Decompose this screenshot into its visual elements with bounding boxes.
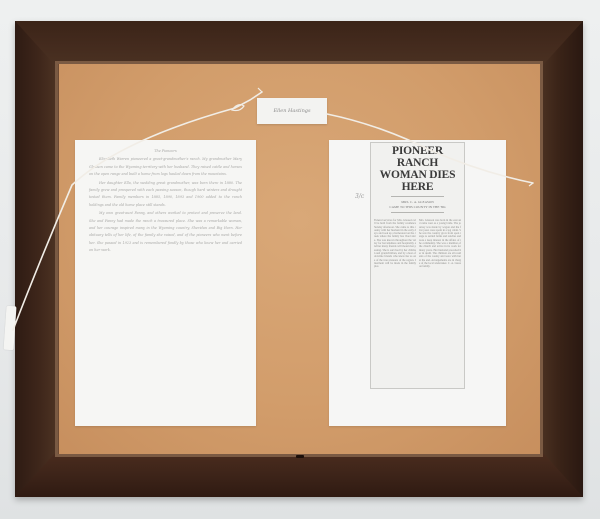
label-text: Ellen Hastings [273, 108, 310, 114]
subhead-line-2: CAME TO THIS COUNTY IN THE '80s [371, 205, 464, 210]
page-title: The Pioneers [89, 148, 242, 155]
clipping-column-right: Mrs. Gleason was born in the east and ca… [419, 219, 461, 268]
photo-scene: Ellen Hastings The Pioneers Elizabeth Wa… [0, 0, 600, 519]
headline-line-2: WOMAN DIES HERE [371, 169, 464, 193]
clipping-column-left: Funeral services for Mrs. Gleason will b… [374, 219, 416, 268]
divider [391, 196, 444, 197]
frame-top-rail [15, 21, 583, 65]
frame-left-rail [15, 21, 57, 497]
page-paragraph: My own great-aunt Fanny, and others work… [89, 210, 242, 254]
page-paragraph: Her daughter Ella, the wedding great gra… [89, 180, 242, 210]
frame-bottom-rail [15, 453, 583, 497]
page-paragraph: Elizabeth Warren pioneered a great-grand… [89, 156, 242, 178]
pencil-annotation: 3/c [355, 193, 364, 200]
frame-nail [296, 455, 304, 458]
title-label: Ellen Hastings [257, 98, 327, 124]
handwritten-page: The Pioneers Elizabeth Warren pioneered … [75, 140, 256, 426]
clipping-columns: Funeral services for Mrs. Gleason will b… [371, 216, 464, 268]
frame-right-rail [541, 21, 583, 497]
clipping-headline: PIONEER RANCH WOMAN DIES HERE [371, 143, 464, 193]
divider [391, 212, 444, 213]
headline-line-1: PIONEER RANCH [371, 145, 464, 169]
clipping-subhead: MRS. C. A. GLEASON CAME TO THIS COUNTY I… [371, 200, 464, 209]
newspaper-clipping: PIONEER RANCH WOMAN DIES HERE MRS. C. A.… [370, 142, 465, 389]
